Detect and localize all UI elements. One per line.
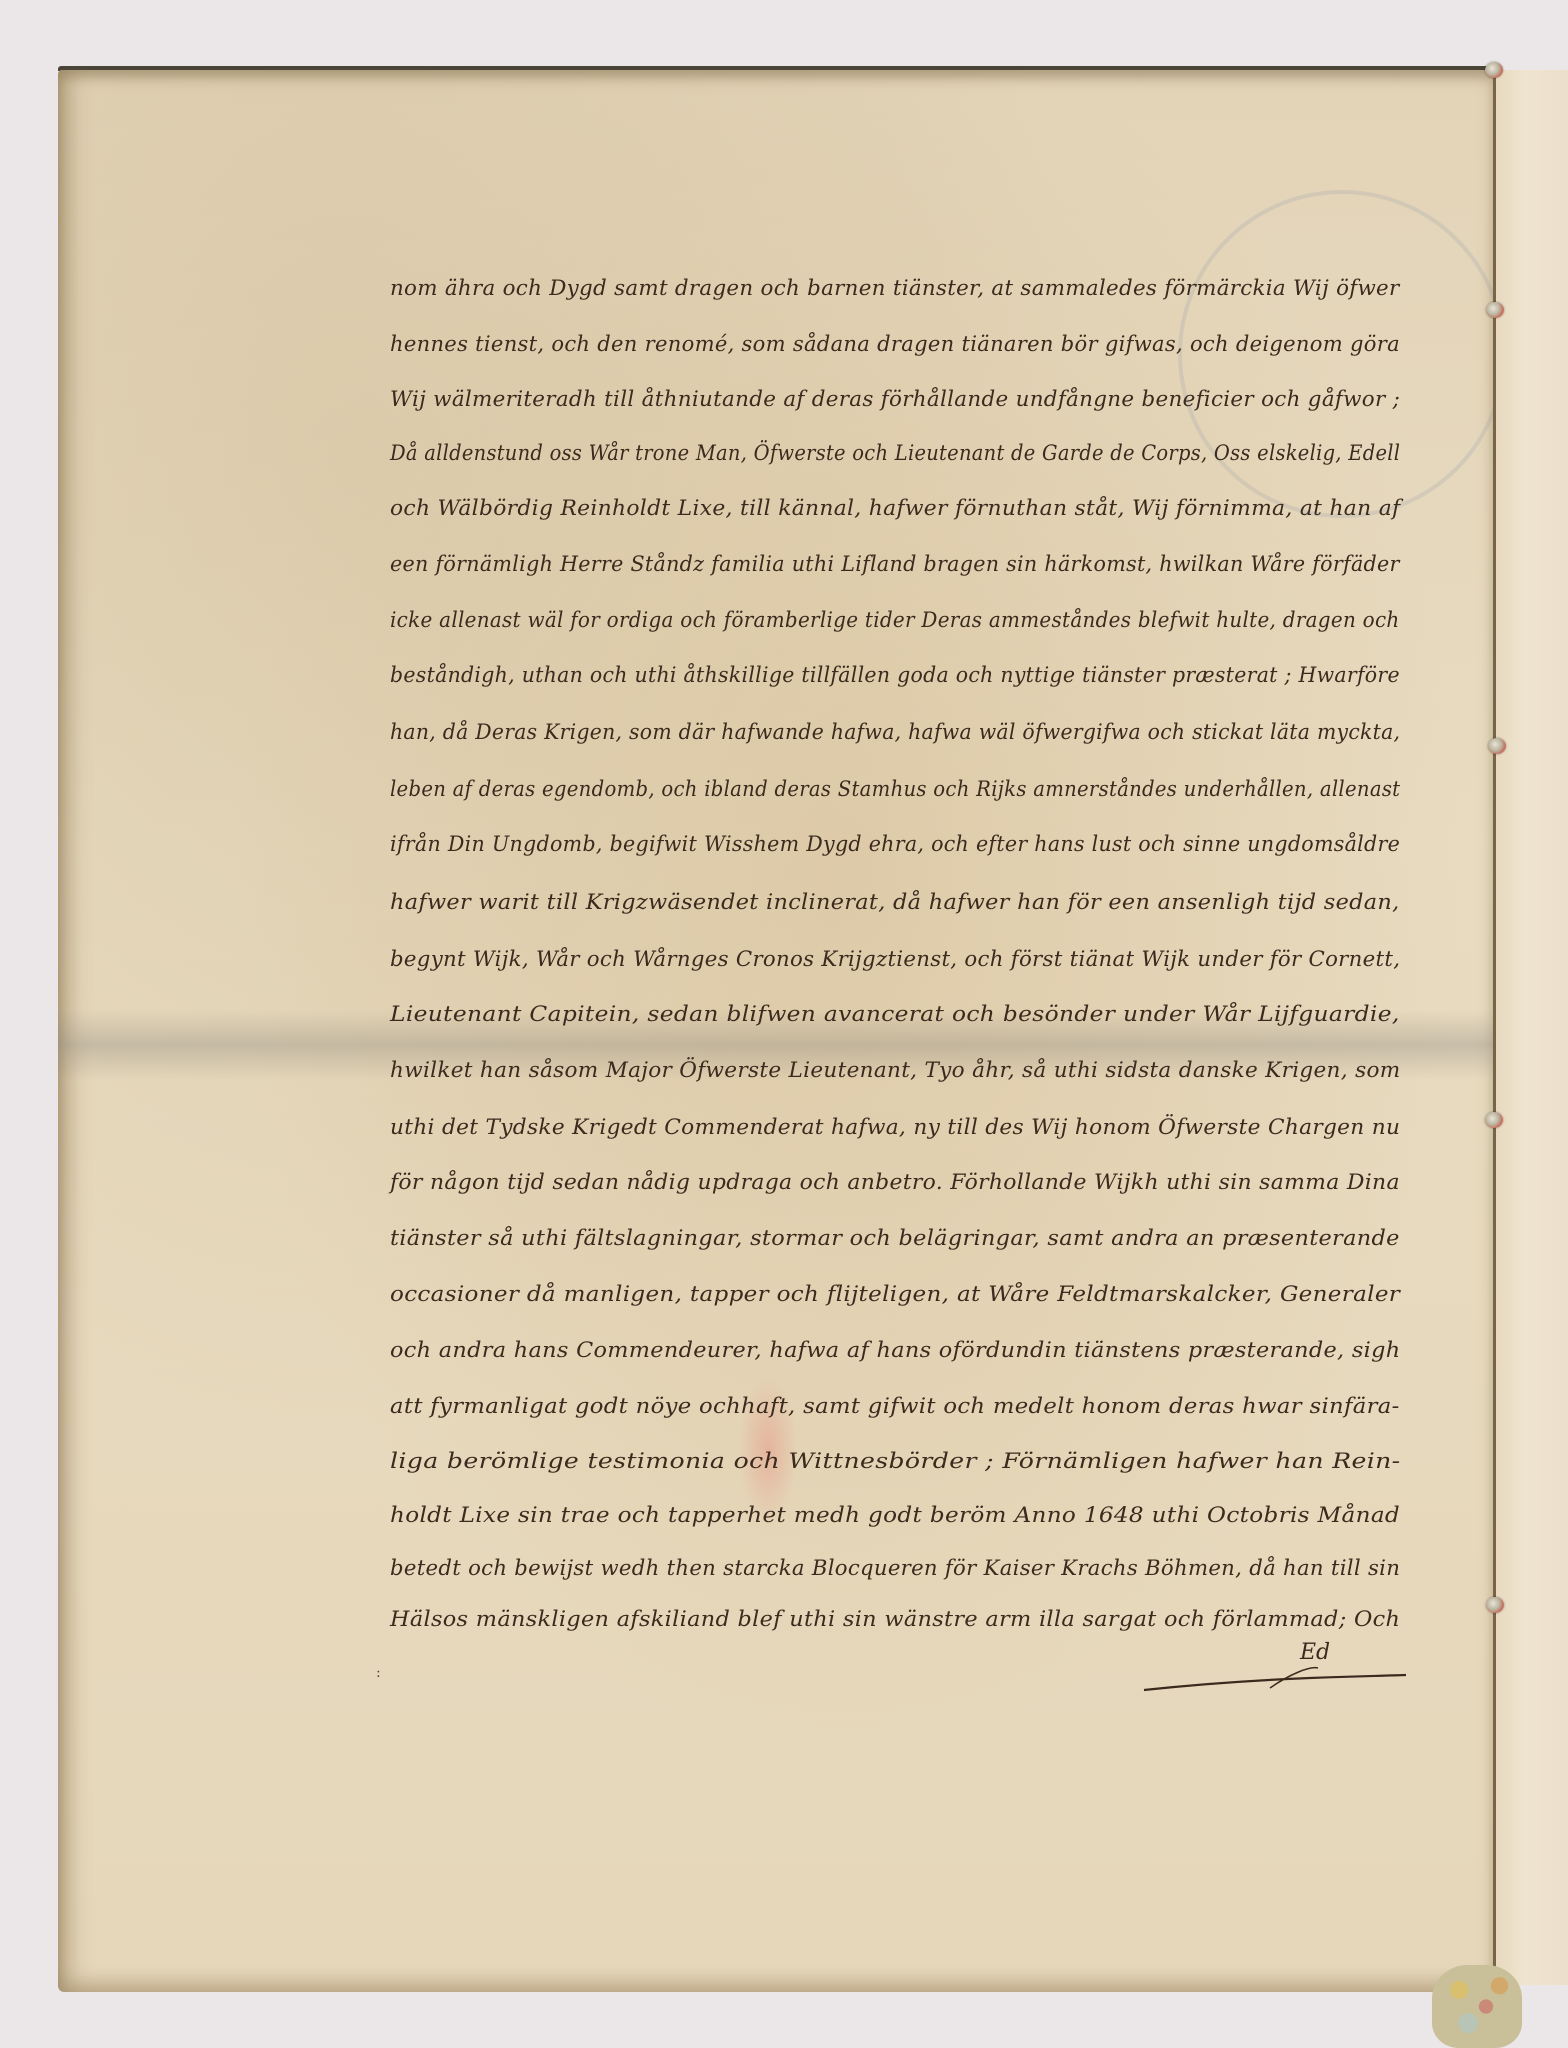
text-line: hafwer warit till Krigzwäsendet incliner… (390, 890, 1400, 914)
margin-mark: : (376, 1665, 381, 1681)
text-line: Lieutenant Capitein, sedan blifwen avanc… (390, 1002, 1400, 1026)
text-line: hennes tienst, och den renomé, som sådan… (390, 332, 1400, 356)
text-line: betedt och bewijst wedh then starcka Blo… (390, 1556, 1400, 1580)
text-line: beståndigh, uthan och uthi åthskillige t… (390, 663, 1400, 687)
text-line: tiänster så uthi fältslagningar, stormar… (390, 1226, 1400, 1250)
text-line: nom ähra och Dygd samt dragen och barnen… (390, 276, 1400, 300)
text-line: Wij wälmeriteradh till åthniutande af de… (390, 387, 1400, 411)
manuscript-text: nom ähra och Dygd samt dragen och barnen… (390, 0, 1400, 2048)
text-line: Då alldenstund oss Wår trone Man, Öfwers… (390, 441, 1400, 465)
pen-flourish-icon (1140, 1666, 1410, 1694)
binding-stitch-icon (1486, 302, 1504, 318)
text-line: holdt Lixe sin trae och tapperhet medh g… (390, 1503, 1400, 1527)
facing-page-edge (1495, 70, 1568, 1985)
binding-gutter (1493, 72, 1496, 1990)
text-line: leben af deras egendomb, och ibland dera… (390, 777, 1400, 801)
text-line: han, då Deras Krigen, som där hafwande h… (390, 720, 1400, 744)
text-line: begynt Wijk, Wår och Wårnges Cronos Krij… (390, 947, 1400, 971)
text-line: och Wälbördig Reinholdt Lixe, till känna… (390, 496, 1400, 520)
catchword: Ed (1300, 1640, 1330, 1665)
text-line: icke allenast wäl for ordiga och förambe… (390, 608, 1400, 632)
text-line: uthi det Tydske Krigedt Commenderat hafw… (390, 1115, 1400, 1139)
text-line: liga berömlige testimonia och Wittnesbör… (390, 1449, 1401, 1473)
text-line: een förnämligh Herre Ståndz familia uthi… (390, 552, 1400, 576)
binding-stitch-icon (1486, 1597, 1504, 1613)
binding-cord-tassel (1432, 1965, 1522, 2048)
text-line: att fyrmanligat godt nöye ochhaft, samt … (390, 1394, 1400, 1418)
text-line: ifrån Din Ungdomb, begifwit Wisshem Dygd… (390, 832, 1400, 856)
text-line: Hälsos mänskligen afskiliand blef uthi s… (390, 1607, 1400, 1631)
text-line: och andra hans Commendeurer, hafwa af ha… (390, 1338, 1400, 1362)
text-line: hwilket han såsom Major Öfwerste Lieuten… (390, 1058, 1400, 1082)
binding-stitch-icon (1485, 1112, 1503, 1128)
text-line: occasioner då manligen, tapper och flijt… (390, 1282, 1400, 1306)
binding-stitch-icon (1488, 738, 1506, 754)
text-line: för någon tijd sedan nådig updraga och a… (390, 1170, 1400, 1194)
binding-stitch-icon (1485, 62, 1503, 78)
